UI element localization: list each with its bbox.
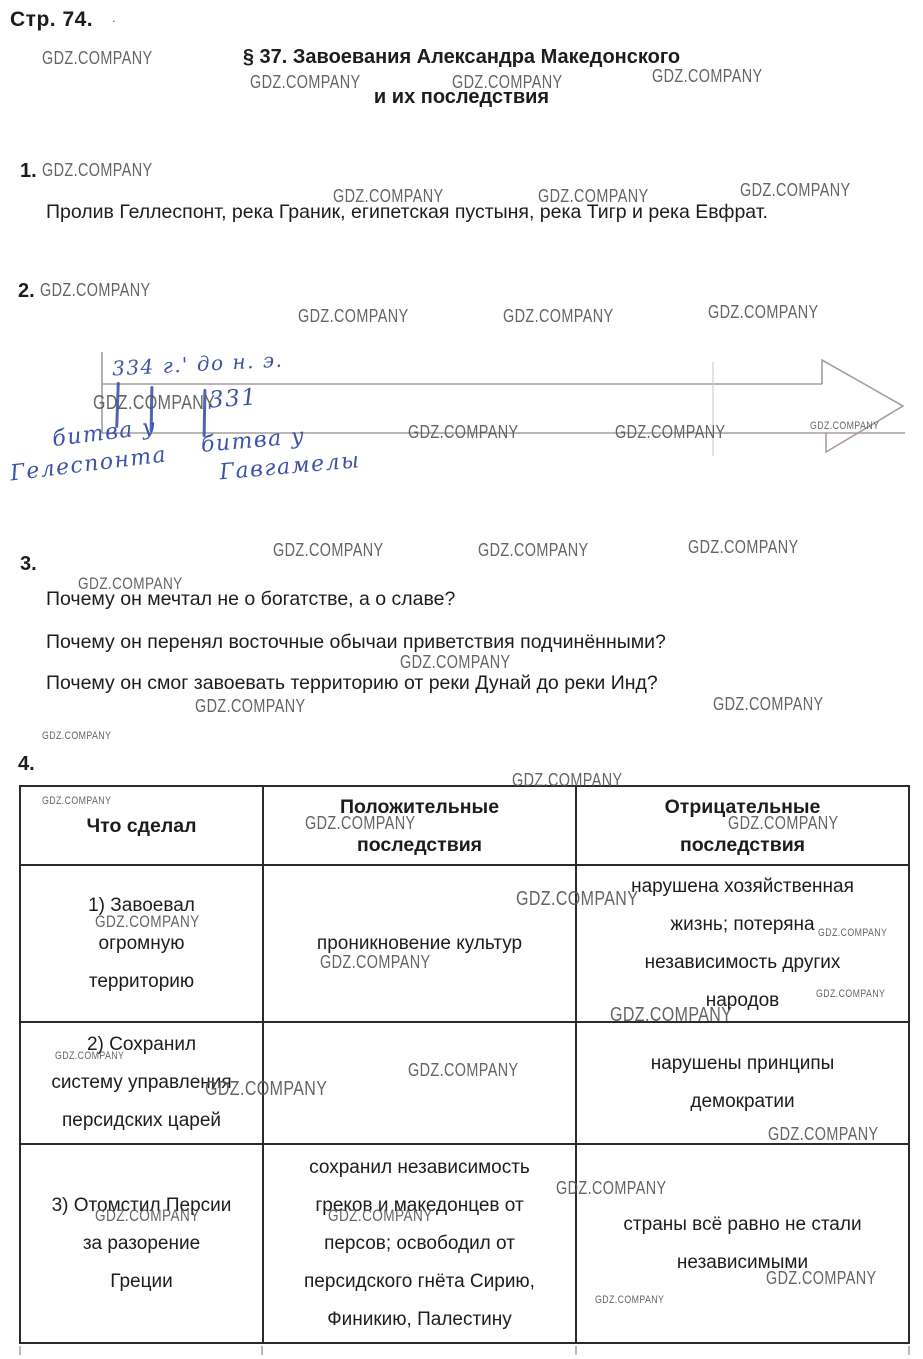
task-3-question-3: Почему он смог завоевать территорию от р… — [46, 672, 658, 695]
watermark-text: GDZ.COMPANY — [688, 537, 799, 558]
watermark-text: GDZ.COMPANY — [816, 988, 885, 1000]
table-cell-line: сохранил независимость — [268, 1149, 571, 1187]
watermark-text: GDZ.COMPANY — [333, 186, 444, 207]
watermark-text: GDZ.COMPANY — [766, 1268, 877, 1289]
scanned-workbook-page: Стр. 74. . § 37. Завоевания Александра М… — [0, 0, 923, 1359]
watermark-text: GDZ.COMPANY — [708, 302, 819, 323]
watermark-text: GDZ.COMPANY — [55, 1050, 124, 1062]
watermark-text: GDZ.COMPANY — [516, 888, 638, 911]
watermark-text: GDZ.COMPANY — [512, 770, 623, 791]
watermark-text: GDZ.COMPANY — [452, 72, 563, 93]
watermark-text: GDZ.COMPANY — [40, 280, 151, 301]
table-cell-line: персов; освободил от — [268, 1225, 571, 1263]
watermark-text: GDZ.COMPANY — [205, 1078, 327, 1101]
table-cell-r3c3: страны всё равно не сталинезависимыми — [577, 1145, 908, 1342]
scan-dot-artifact: . — [112, 10, 116, 25]
watermark-text: GDZ.COMPANY — [595, 1294, 664, 1306]
table-continuation-mark — [19, 1346, 21, 1355]
table-cell-line: демократии — [581, 1083, 904, 1121]
watermark-text: GDZ.COMPANY — [320, 952, 431, 973]
watermark-text: GDZ.COMPANY — [95, 1206, 200, 1226]
watermark-text: GDZ.COMPANY — [42, 730, 111, 742]
table-continuation-mark — [261, 1346, 263, 1355]
watermark-text: GDZ.COMPANY — [503, 306, 614, 327]
table-cell-line: Что сделал — [25, 807, 258, 845]
watermark-text: GDZ.COMPANY — [328, 1206, 433, 1226]
watermark-text: GDZ.COMPANY — [713, 694, 824, 715]
task-3-number: 3. — [20, 553, 37, 576]
watermark-text: GDZ.COMPANY — [250, 72, 361, 93]
table-cell-line: независимость других — [581, 944, 904, 982]
table-cell-r1c1: 1) Завоевалогромнуютерриторию — [21, 866, 264, 1023]
table-cell-line: нарушены принципы — [581, 1045, 904, 1083]
handwritten-date-331: 331 — [208, 384, 258, 413]
watermark-text: GDZ.COMPANY — [42, 160, 153, 181]
table-cell-r3c2: сохранил независимостьгреков и македонце… — [264, 1145, 577, 1342]
table-cell-line: Греции — [25, 1263, 258, 1301]
watermark-text: GDZ.COMPANY — [556, 1178, 667, 1199]
table-continuation-mark — [575, 1346, 577, 1355]
watermark-text: GDZ.COMPANY — [42, 48, 153, 69]
watermark-text: GDZ.COMPANY — [810, 420, 879, 432]
watermark-text: GDZ.COMPANY — [78, 574, 183, 594]
table-cell-line: за разорение — [25, 1225, 258, 1263]
watermark-text: GDZ.COMPANY — [615, 422, 726, 443]
watermark-text: GDZ.COMPANY — [408, 1060, 519, 1081]
watermark-text: GDZ.COMPANY — [652, 66, 763, 87]
table-cell-line: персидского гнёта Сирию, — [268, 1263, 571, 1301]
watermark-text: GDZ.COMPANY — [298, 306, 409, 327]
watermark-text: GDZ.COMPANY — [42, 795, 111, 807]
watermark-text: GDZ.COMPANY — [768, 1124, 879, 1145]
watermark-text: GDZ.COMPANY — [818, 927, 887, 939]
table-cell-line: персидских царей — [25, 1102, 258, 1140]
watermark-text: GDZ.COMPANY — [400, 652, 511, 673]
page-number: Стр. 74. — [10, 8, 93, 32]
task-3-question-2: Почему он перенял восточные обычаи приве… — [46, 631, 666, 654]
watermark-text: GDZ.COMPANY — [728, 813, 839, 834]
task-1-number: 1. — [20, 160, 37, 183]
task-2-number: 2. — [18, 280, 35, 303]
watermark-text: GDZ.COMPANY — [478, 540, 589, 561]
watermark-text: GDZ.COMPANY — [740, 180, 851, 201]
task-4-number: 4. — [18, 753, 35, 776]
watermark-text: GDZ.COMPANY — [93, 392, 215, 415]
table-cell-r3c1: 3) Отомстил Персииза разорениеГреции — [21, 1145, 264, 1342]
table-cell-line: территорию — [25, 963, 258, 1001]
watermark-text: GDZ.COMPANY — [273, 540, 384, 561]
table-cell-line: Финикию, Палестину — [268, 1301, 571, 1339]
table-continuation-mark — [908, 1346, 910, 1355]
watermark-text: GDZ.COMPANY — [408, 422, 519, 443]
watermark-text: GDZ.COMPANY — [538, 186, 649, 207]
watermark-text: GDZ.COMPANY — [305, 813, 416, 834]
table-cell-line: страны всё равно не стали — [581, 1206, 904, 1244]
watermark-text: GDZ.COMPANY — [195, 696, 306, 717]
watermark-text: GDZ.COMPANY — [95, 912, 200, 932]
watermark-text: GDZ.COMPANY — [610, 1004, 732, 1027]
